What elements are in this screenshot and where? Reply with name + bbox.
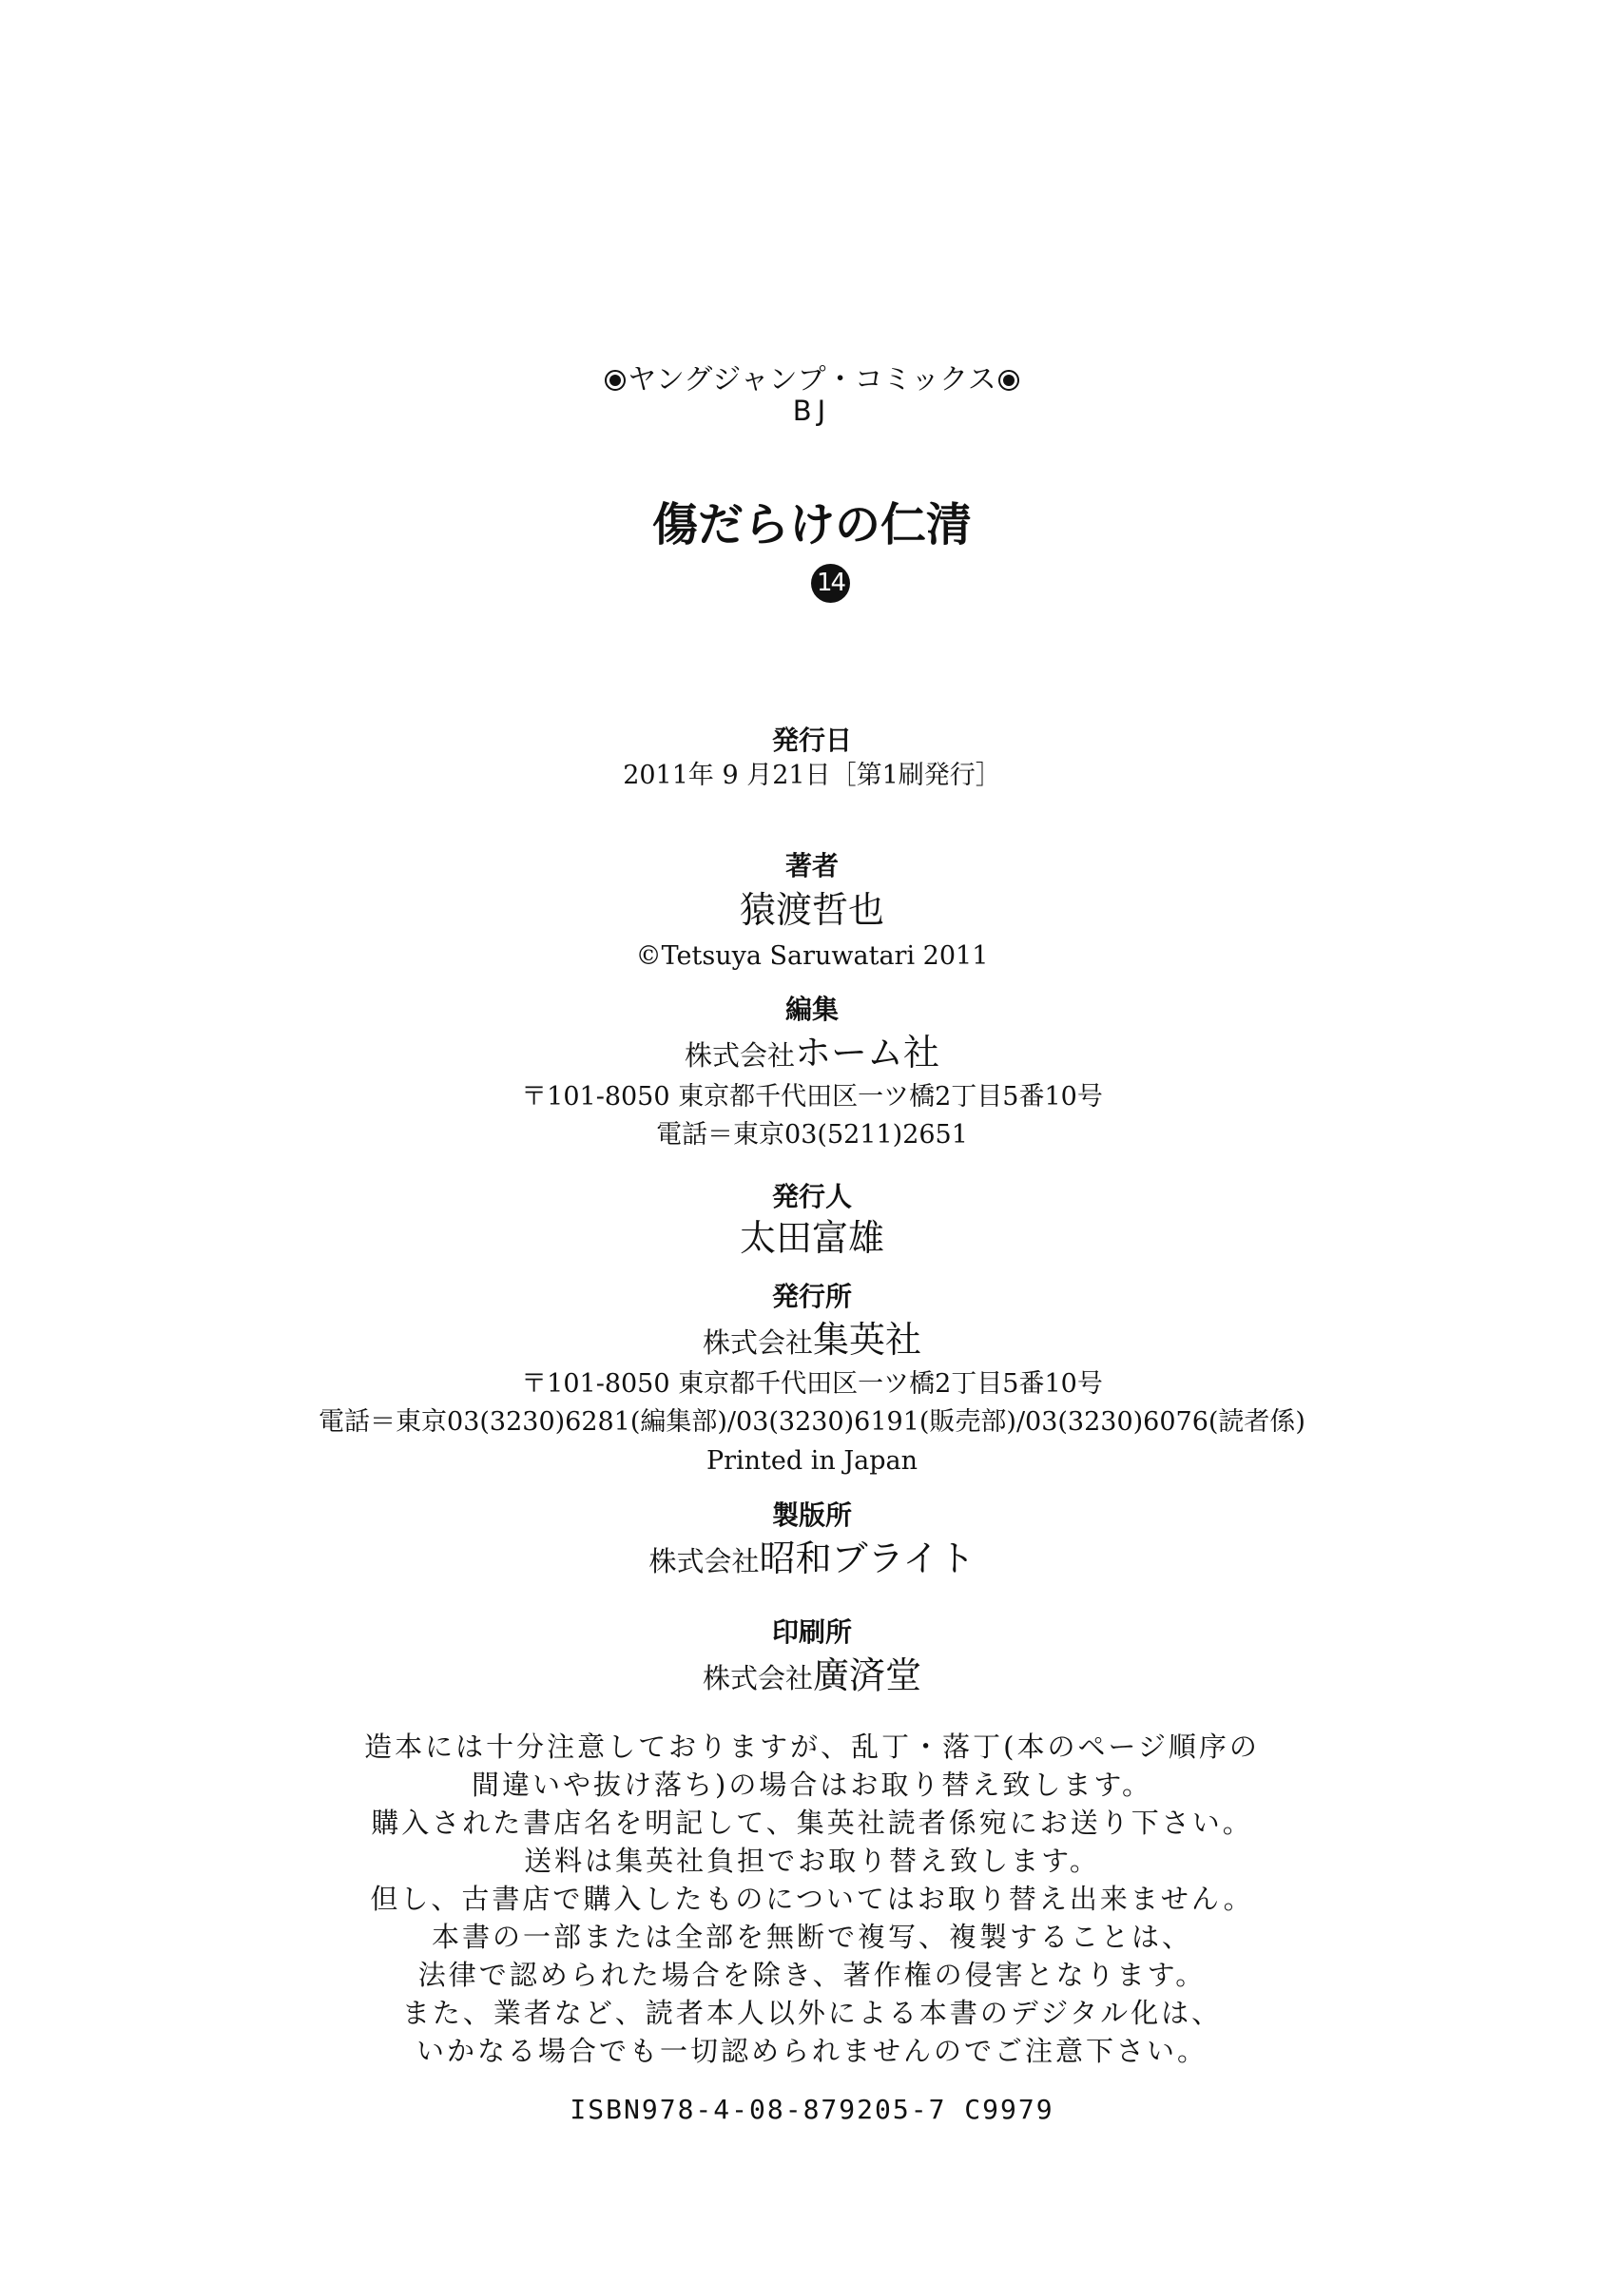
printer-company-name: 廣済堂 (813, 1654, 921, 1696)
bullseye-icon (605, 370, 626, 391)
bullseye-icon (998, 370, 1019, 391)
publisher-person-name: 太田富雄 (0, 1220, 1624, 1256)
notice-line: また、業者など、読者本人以外による本書のデジタル化は、 (0, 2000, 1624, 2027)
notice-line: 送料は集英社負担でお取り替え致します。 (0, 1847, 1624, 1875)
notice-line: 間違いや抜け落ち)の場合はお取り替え致します。 (0, 1771, 1624, 1799)
printed-in-line: Printed in Japan (0, 1448, 1624, 1474)
plate-maker-company-name: 昭和ブライト (760, 1537, 976, 1579)
imprint-label: BJ (0, 397, 1624, 425)
publisher-company-name: 集英社 (813, 1319, 921, 1361)
series-label: ヤングジャンプ・コミックス (0, 366, 1624, 395)
editor-phone: 電話＝東京03(5211)2651 (0, 1122, 1624, 1148)
notice-line: 購入された書店名を明記して、集英社読者係宛にお送り下さい。 (0, 1809, 1624, 1837)
publisher-company: 株式会社集英社 (0, 1322, 1624, 1358)
notice-line: いかなる場合でも一切認められませんのでご注意下さい。 (0, 2038, 1624, 2065)
editor-heading: 編集 (0, 996, 1624, 1023)
editor-company-prefix: 株式会社 (685, 1039, 795, 1072)
plate-maker-company-prefix: 株式会社 (649, 1545, 760, 1577)
notice-line: 法律で認められた場合を除き、著作権の侵害となります。 (0, 1962, 1624, 1989)
publisher-person-heading: 発行人 (0, 1184, 1624, 1210)
author-name: 猿渡哲也 (0, 892, 1624, 928)
publication-date-value: 2011年 9 月21日［第1刷発行］ (0, 763, 1624, 788)
printer-company: 株式会社廣済堂 (0, 1657, 1624, 1693)
publisher-heading: 発行所 (0, 1284, 1624, 1310)
notice-line: 造本には十分注意しておりますが、乱丁・落丁(本のページ順序の (0, 1733, 1624, 1761)
notice-line: 本書の一部または全部を無断で複写、複製することは、 (0, 1924, 1624, 1951)
plate-maker-company: 株式会社昭和ブライト (0, 1540, 1624, 1576)
publisher-company-prefix: 株式会社 (703, 1326, 813, 1359)
editor-company-name: ホーム社 (795, 1032, 939, 1073)
plate-maker-heading: 製版所 (0, 1502, 1624, 1529)
copyright-line: ©Tetsuya Saruwatari 2011 (0, 943, 1624, 969)
series-label-text: ヤングジャンプ・コミックス (628, 363, 996, 396)
book-title: 傷だらけの仁清 (0, 502, 1624, 548)
notice-line: 但し、古書店で購入したものについてはお取り替え出来ません。 (0, 1886, 1624, 1913)
publisher-phone: 電話＝東京03(3230)6281(編集部)/03(3230)6191(販売部)… (0, 1409, 1624, 1435)
isbn-code: ISBN978-4-08-879205-7 C9979 (0, 2097, 1624, 2123)
volume-badge: 14 (811, 564, 850, 603)
editor-company: 株式会社ホーム社 (0, 1035, 1624, 1071)
publisher-address: 〒101-8050 東京都千代田区一ツ橋2丁目5番10号 (0, 1371, 1624, 1397)
publication-date-heading: 発行日 (0, 727, 1624, 754)
author-heading: 著者 (0, 853, 1624, 880)
printer-heading: 印刷所 (0, 1619, 1624, 1646)
editor-address: 〒101-8050 東京都千代田区一ツ橋2丁目5番10号 (0, 1084, 1624, 1110)
printer-company-prefix: 株式会社 (703, 1662, 813, 1694)
